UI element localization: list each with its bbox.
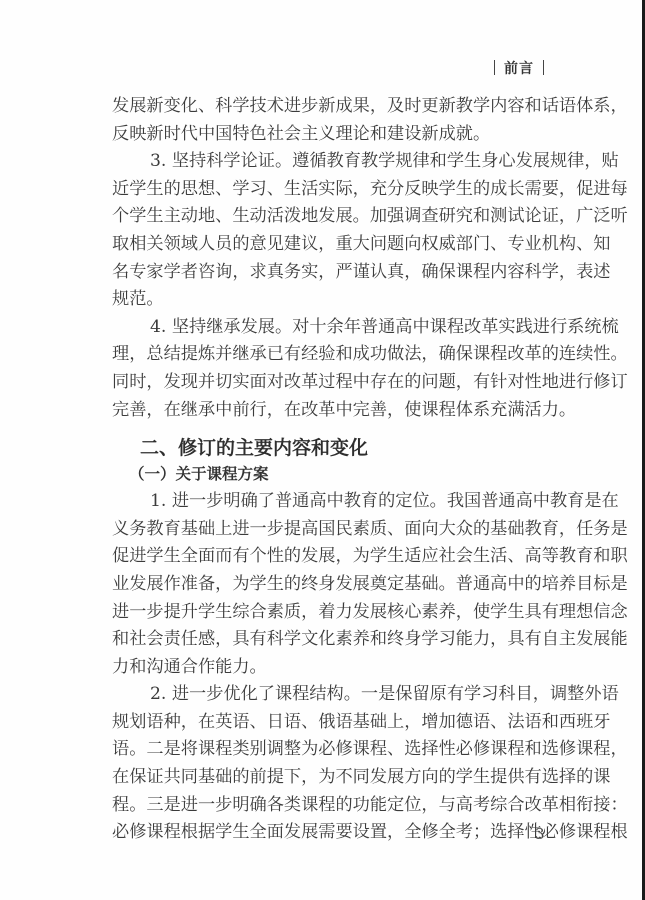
text-line: 程。三是进一步明确各类课程的功能定位，与高考综合改革相衔接： <box>112 792 544 820</box>
text-line: 促进学生全面而有个性的发展，为学生适应社会生活、高等教育和职 <box>112 543 544 571</box>
text-line: 发展新变化、科学技术进步新成果，及时更新教学内容和话语体系， <box>112 93 544 121</box>
text-line: 语。二是将课程类别调整为必修课程、选择性必修课程和选修课程， <box>112 736 544 764</box>
text-line: 理，总结提炼并继承已有经验和成功做法，确保课程改革的连续性。 <box>112 341 544 369</box>
running-head: 前言 <box>485 58 553 78</box>
paragraph-item-2: 2. 进一步优化了课程结构。一是保留原有学习科目，调整外语 规划语种，在英语、日… <box>112 681 544 847</box>
text-line: 义务教育基础上进一步提高国民素质、面向大众的基础教育，任务是 <box>112 516 544 544</box>
text-line: 2. 进一步优化了课程结构。一是保留原有学习科目，调整外语 <box>112 681 544 709</box>
text-line: 和社会责任感，具有科学文化素养和终身学习能力，具有自主发展能 <box>112 626 544 654</box>
paragraph-principle-3: 3. 坚持科学论证。遵循教育教学规律和学生身心发展规律，贴 近学生的思想、学习、… <box>112 148 544 314</box>
text-line: 必修课程根据学生全面发展需要设置，全修全考；选择性必修课程根 <box>112 819 544 847</box>
text-line: 力和沟通合作能力。 <box>112 654 544 682</box>
paragraph-principle-4: 4. 坚持继承发展。对十余年普通高中课程改革实践进行系统梳 理，总结提炼并继承已… <box>112 314 544 424</box>
section-heading: 二、修订的主要内容和变化 <box>112 435 544 461</box>
body-text: 发展新变化、科学技术进步新成果，及时更新教学内容和话语体系， 反映新时代中国特色… <box>112 93 544 847</box>
text-line: 反映新时代中国特色社会主义理论和建设新成就。 <box>112 121 544 149</box>
text-line: 近学生的思想、学习、生活实际，充分反映学生的成长需要，促进每 <box>112 176 544 204</box>
paragraph-continued: 发展新变化、科学技术进步新成果，及时更新教学内容和话语体系， 反映新时代中国特色… <box>112 93 544 148</box>
text-line: 取相关领域人员的意见建议，重大问题向权威部门、专业机构、知 <box>112 231 544 259</box>
text-line: 在保证共同基础的前提下，为不同发展方向的学生提供有选择的课 <box>112 764 544 792</box>
page-number: 3 <box>535 825 545 843</box>
text-line: 完善，在继承中前行，在改革中完善，使课程体系充满活力。 <box>112 397 544 425</box>
text-line: 业发展作准备，为学生的终身发展奠定基础。普通高中的培养目标是 <box>112 571 544 599</box>
text-line: 进一步提升学生综合素质，着力发展核心素养，使学生具有理想信念 <box>112 599 544 627</box>
text-line: 名专家学者咨询，求真务实，严谨认真，确保课程内容科学，表述 <box>112 259 544 287</box>
text-line: 规划语种，在英语、日语、俄语基础上，增加德语、法语和西班牙 <box>112 709 544 737</box>
subsection-heading: （一）关于课程方案 <box>112 461 544 488</box>
text-line: 3. 坚持科学论证。遵循教育教学规律和学生身心发展规律，贴 <box>112 148 544 176</box>
running-head-title: 前言 <box>504 61 534 77</box>
running-head-left-bar <box>494 60 495 75</box>
text-line: 同时，发现并切实面对改革过程中存在的问题，有针对性地进行修订 <box>112 369 544 397</box>
text-line: 4. 坚持继承发展。对十余年普通高中课程改革实践进行系统梳 <box>112 314 544 342</box>
paragraph-item-1: 1. 进一步明确了普通高中教育的定位。我国普通高中教育是在 义务教育基础上进一步… <box>112 488 544 681</box>
text-line: 个学生主动地、生动活泼地发展。加强调查研究和测试论证，广泛听 <box>112 203 544 231</box>
running-head-right-bar <box>543 60 544 75</box>
book-page: 前言 发展新变化、科学技术进步新成果，及时更新教学内容和话语体系， 反映新时代中… <box>0 0 643 900</box>
text-line: 规范。 <box>112 286 544 314</box>
text-line: 1. 进一步明确了普通高中教育的定位。我国普通高中教育是在 <box>112 488 544 516</box>
